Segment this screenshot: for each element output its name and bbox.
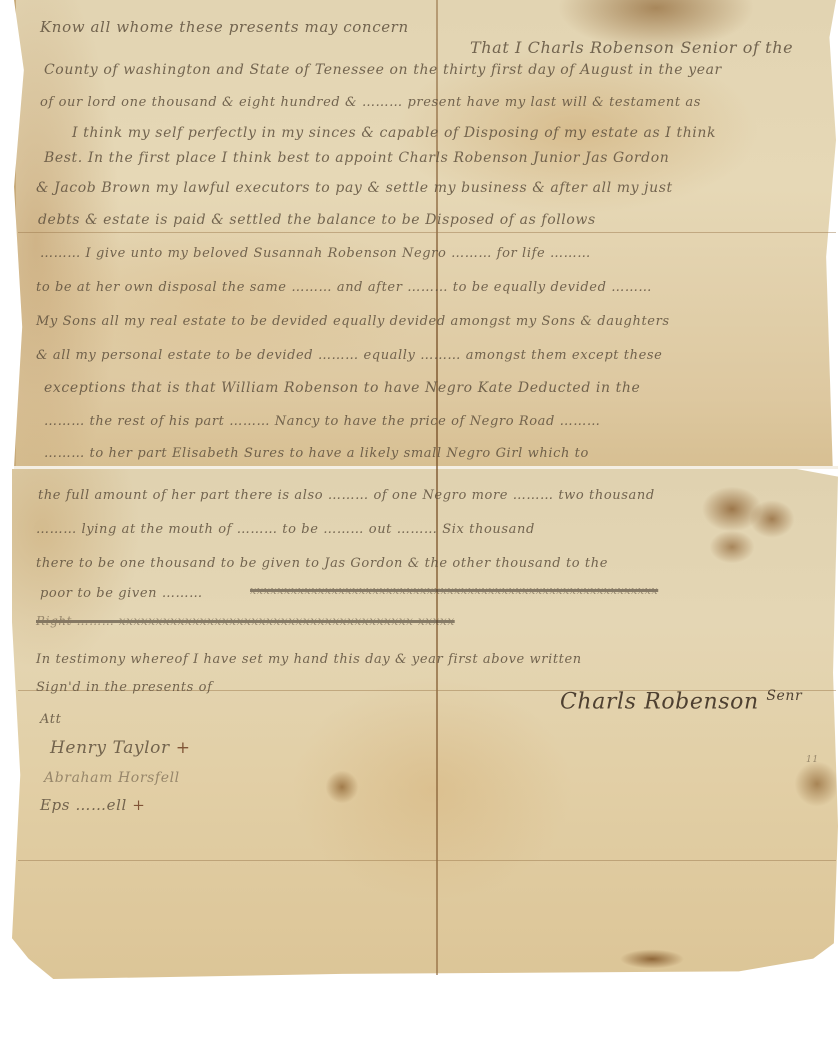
handwritten-line: ……… lying at the mouth of ……… to be ……… … — [36, 522, 535, 537]
handwritten-line: to be at her own disposal the same ……… a… — [36, 280, 652, 295]
witness-1: Henry Taylor + — [50, 738, 191, 758]
handwritten-line: Right ……… xxxxxxxxxxxxxxxxxxxxxxxxxxxxxx… — [36, 614, 455, 628]
handwritten-line: That I Charls Robenson Senior of the — [470, 38, 793, 57]
margin-notation: 11 — [806, 755, 819, 765]
handwritten-line: & all my personal estate to be devided …… — [36, 348, 662, 363]
handwritten-line: ……… the rest of his part ……… Nancy to ha… — [44, 414, 600, 429]
handwritten-line: exceptions that is that William Robenson… — [44, 380, 640, 396]
signature-suffix: Senr — [766, 688, 802, 704]
handwritten-line: ……… to her part Elisabeth Sures to have … — [44, 446, 589, 461]
handwritten-line: of our lord one thousand & eight hundred… — [40, 95, 701, 110]
witness-mark: + — [132, 796, 145, 814]
handwritten-line: My Sons all my real estate to be devided… — [36, 314, 670, 329]
handwritten-line: Sign'd in the presents of — [36, 680, 213, 695]
testator-signature: Charls Robenson Senr — [560, 688, 802, 714]
handwritten-line: there to be one thousand to be given to … — [36, 556, 608, 571]
witness-3: Eps ……ell + — [40, 796, 145, 814]
handwritten-line: debts & estate is paid & settled the bal… — [38, 212, 596, 228]
handwritten-line: Know all whome these presents may concer… — [40, 18, 409, 36]
handwritten-line: In testimony whereof I have set my hand … — [36, 652, 582, 667]
handwritten-line: Best. In the first place I think best to… — [44, 150, 669, 166]
handwritten-line: I think my self perfectly in my sinces &… — [72, 125, 716, 141]
horizontal-fold-crease — [18, 860, 836, 861]
handwritten-line: & Jacob Brown my lawful executors to pay… — [36, 180, 673, 196]
handwritten-line: xxxxxxxxxxxxxxxxxxxxxxxxxxxxxxxxxxxxxxxx… — [250, 584, 658, 597]
witness-name: Henry Taylor — [50, 738, 170, 758]
handwritten-line: ……… I give unto my beloved Susannah Robe… — [40, 246, 591, 261]
witnesses-label: Att — [40, 712, 61, 727]
lower-page-panel — [12, 469, 838, 979]
witness-2: Abraham Horsfell — [44, 770, 180, 786]
witness-name: Abraham Horsfell — [44, 770, 180, 786]
page-seam — [14, 466, 838, 469]
horizontal-fold-crease — [18, 232, 836, 233]
handwritten-line: poor to be given ……… — [40, 586, 203, 601]
handwritten-line: County of washington and State of Teness… — [44, 62, 722, 78]
witness-name: Eps ……ell — [40, 796, 127, 814]
handwritten-line: the full amount of her part there is als… — [38, 488, 655, 503]
signature-name: Charls Robenson — [560, 689, 759, 714]
witness-mark: + — [176, 738, 191, 758]
